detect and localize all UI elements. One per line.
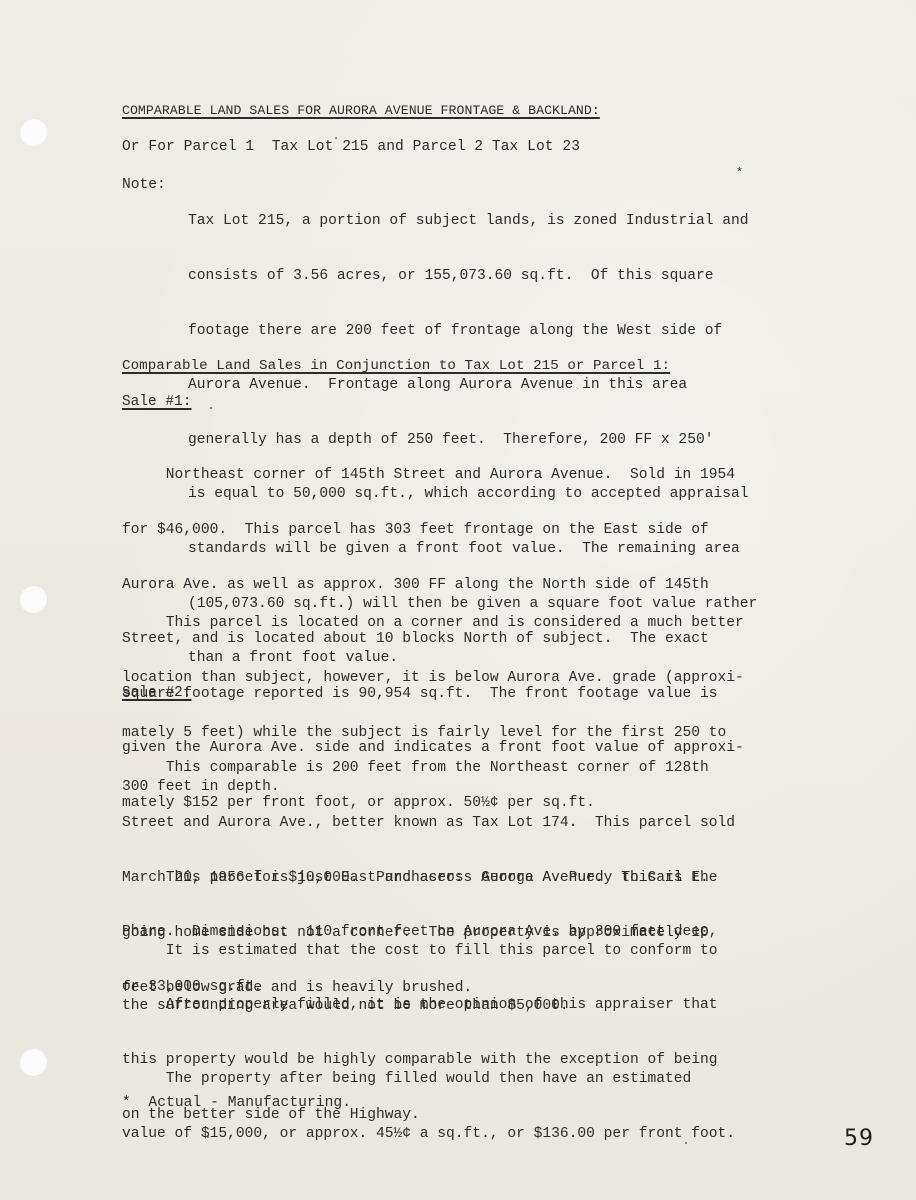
text-line: This parcel is just East and across Auro… xyxy=(122,869,718,887)
text-line: The property after being filled would th… xyxy=(122,1070,735,1088)
text-line: This parcel is located on a corner and i… xyxy=(122,614,744,632)
note-line: consists of 3.56 acres, or 155,073.60 sq… xyxy=(188,267,757,285)
sale-2-heading: Sale #2: xyxy=(122,684,192,702)
note-label: Note: xyxy=(122,176,166,194)
note-line: footage there are 200 feet of frontage a… xyxy=(188,322,757,340)
section-heading: Comparable Land Sales in Conjunction to … xyxy=(122,357,670,375)
footnote: * Actual - Manufacturing. xyxy=(122,1094,351,1112)
text-line: Northeast corner of 145th Street and Aur… xyxy=(122,466,744,484)
punch-hole xyxy=(19,118,47,146)
note-line: Tax Lot 215, a portion of subject lands,… xyxy=(188,212,757,230)
text-line: It is estimated that the cost to fill th… xyxy=(122,942,718,960)
punch-hole xyxy=(19,1048,47,1076)
document-title: COMPARABLE LAND SALES FOR AURORA AVENUE … xyxy=(122,102,600,120)
document-subtitle: Or For Parcel 1 Tax Lot 215 and Parcel 2… xyxy=(122,138,580,156)
text-line: After properly filled, it is the opinion… xyxy=(122,996,718,1014)
paper-page: COMPARABLE LAND SALES FOR AURORA AVENUE … xyxy=(0,0,916,1200)
text-line: location than subject, however, it is be… xyxy=(122,669,744,687)
punch-hole xyxy=(19,585,47,613)
sale-1-heading: Sale #1: xyxy=(122,393,192,411)
text-line: Street and Aurora Ave., better known as … xyxy=(122,814,735,832)
note-line: Aurora Avenue. Frontage along Aurora Ave… xyxy=(188,376,757,394)
text-line: This comparable is 200 feet from the Nor… xyxy=(122,759,735,777)
page-number: 59 xyxy=(844,1126,874,1151)
text-line: value of $15,000, or approx. 45½¢ a sq.f… xyxy=(122,1125,735,1143)
text-line: for $46,000. This parcel has 303 feet fr… xyxy=(122,521,744,539)
